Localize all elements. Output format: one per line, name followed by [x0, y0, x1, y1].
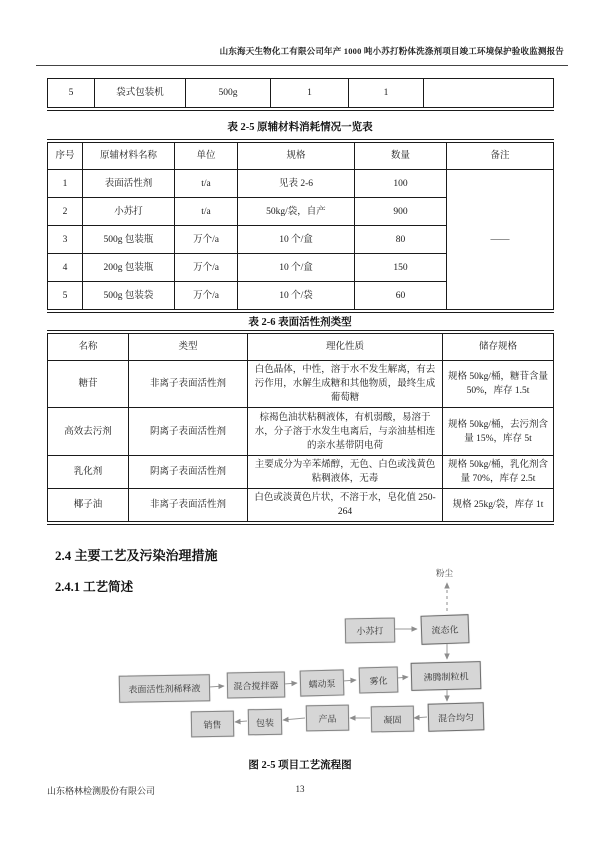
column-header: 序号 [48, 141, 83, 170]
table-cell: 500g 包装瓶 [83, 226, 175, 254]
table-cell: 5 [48, 282, 83, 312]
column-header: 规格 [238, 141, 355, 170]
flow-node-liutaihua: 流态化 [421, 614, 470, 645]
flow-node-xishiye: 表面活性剂稀释液 [119, 674, 210, 703]
table-cell: 阴离子表面活性剂 [129, 456, 248, 489]
table-row: 乳化剂 阴离子表面活性剂 主要成分为辛苯烯醇，无色、白色或浅黄色粘稠液体，无毒 … [48, 456, 554, 489]
table-cell: 非离子表面活性剂 [129, 361, 248, 408]
table-cell: 糖苷 [48, 361, 129, 408]
table-row: 高效去污剂 阴离子表面活性剂 棕褐色油状粘稠液体，有机弱酸，易溶于水，分子溶于水… [48, 408, 554, 456]
page-header-title: 山东海天生物化工有限公司年产 1000 吨小苏打粉体洗涤剂项目竣工环境保护验收监… [47, 45, 564, 57]
flow-arrows [0, 565, 600, 755]
arrow-jiaobanqi-rudongbeng [284, 683, 297, 684]
table-cell: 白色晶体，中性，溶于水不发生解离，有去污作用，水解生成糖和其他物质，最终生成葡萄… [248, 361, 443, 408]
table-header-row: 序号 原辅材料名称 单位 规格 数量 备注 [48, 141, 554, 170]
table-cell: 100 [355, 170, 447, 198]
table-cell: 50kg/袋，自产 [238, 198, 355, 226]
table-cell: 乳化剂 [48, 456, 129, 489]
column-header: 原辅材料名称 [83, 141, 175, 170]
column-header: 储存规格 [443, 332, 554, 361]
table-2-6-surfactants: 名称 类型 理化性质 储存规格 糖苷 非离子表面活性剂 白色晶体，中性，溶于水不… [47, 330, 554, 525]
table-cell: 万个/a [175, 226, 238, 254]
table-cell: 见表 2-6 [238, 170, 355, 198]
table-cell: 棕褐色油状粘稠液体，有机弱酸，易溶于水，分子溶于水发生电离后，与亲油基相连的亲水… [248, 408, 443, 456]
arrow-wuhua-feiteng [397, 677, 408, 678]
table-cell: 万个/a [175, 254, 238, 282]
flow-node-ninggu: 凝固 [371, 706, 414, 733]
table-row: 椰子油 非离子表面活性剂 白色或淡黄色片状，不溶于水，皂化值 250-264 规… [48, 489, 554, 524]
flow-node-jiaobanqi: 混合搅拌器 [227, 671, 285, 698]
table-cell: 规格 50kg/桶，去污剂含量 15%，库存 5t [443, 408, 554, 456]
table-cell: 主要成分为辛苯烯醇，无色、白色或浅黄色粘稠液体，无毒 [248, 456, 443, 489]
column-header: 备注 [447, 141, 554, 170]
table-cell: 1 [48, 170, 83, 198]
table-cell: 5 [48, 79, 95, 110]
table-cell: 10 个/袋 [238, 282, 355, 312]
equipment-table-continuation: 5 袋式包装机 500g 1 1 [47, 78, 554, 111]
section-heading-2-4: 2.4 主要工艺及污染治理措施 [55, 545, 553, 564]
table-cell: 60 [355, 282, 447, 312]
column-header: 类型 [129, 332, 248, 361]
table-cell: 规格 25kg/袋，库存 1t [443, 489, 554, 524]
process-flow-diagram: 粉尘 小苏打 流态化 表面活性剂稀释液 混合搅拌器 蠕动泵 雾化 沸腾制粒机 混… [0, 565, 600, 755]
table-cell: t/a [175, 198, 238, 226]
document-page: 山东海天生物化工有限公司年产 1000 吨小苏打粉体洗涤剂项目竣工环境保护验收监… [0, 0, 600, 848]
arrow-chanpin-baozhuang [283, 718, 305, 720]
header-divider [36, 65, 568, 66]
table-cell: 10 个/盒 [238, 254, 355, 282]
dust-emission-label: 粉尘 [436, 567, 453, 579]
table-cell: 500g 包装袋 [83, 282, 175, 312]
column-header: 单位 [175, 141, 238, 170]
flow-node-xiaoshou: 销售 [191, 711, 234, 738]
flow-node-baozhuang: 包装 [248, 709, 282, 736]
table-2-6-title: 表 2-6 表面活性剂类型 [47, 314, 553, 329]
table-cell: 900 [355, 198, 447, 226]
arrow-baozhuang-xiaoshou [235, 721, 247, 722]
table-2-5-title: 表 2-5 原辅材料消耗情况一览表 [47, 119, 553, 134]
table-cell: 非离子表面活性剂 [129, 489, 248, 524]
table-cell: 规格 50kg/桶，糖苷含量 50%，库存 1.5t [443, 361, 554, 408]
table-cell: 袋式包装机 [95, 79, 186, 110]
table-cell: 万个/a [175, 282, 238, 312]
table-cell: 80 [355, 226, 447, 254]
table-header-row: 名称 类型 理化性质 储存规格 [48, 332, 554, 361]
table-cell: 1 [349, 79, 424, 110]
table-row: 1 表面活性剂 t/a 见表 2-6 100 —— [48, 170, 554, 198]
table-cell: 10 个/盒 [238, 226, 355, 254]
figure-2-5-caption: 图 2-5 项目工艺流程图 [0, 757, 600, 772]
table-cell: 200g 包装瓶 [83, 254, 175, 282]
column-header: 数量 [355, 141, 447, 170]
arrow-rudongbeng-wuhua [343, 680, 356, 681]
table-cell: 2 [48, 198, 83, 226]
flow-node-rudongbeng: 蠕动泵 [300, 669, 345, 696]
table-row: 5 袋式包装机 500g 1 1 [48, 79, 554, 110]
table-cell: 1 [271, 79, 349, 110]
table-cell: 椰子油 [48, 489, 129, 524]
table-cell: 阴离子表面活性剂 [129, 408, 248, 456]
table-cell: 表面活性剂 [83, 170, 175, 198]
table-cell [424, 79, 554, 110]
table-cell: 4 [48, 254, 83, 282]
table-cell: 500g [186, 79, 271, 110]
table-2-5-materials: 序号 原辅材料名称 单位 规格 数量 备注 1 表面活性剂 t/a 见表 2-6… [47, 139, 554, 313]
table-cell: 150 [355, 254, 447, 282]
footer-page-number: 13 [47, 784, 553, 794]
page-content: 5 袋式包装机 500g 1 1 表 2-5 原辅材料消耗情况一览表 序号 原辅… [47, 78, 553, 595]
column-header: 名称 [48, 332, 129, 361]
table-cell: 小苏打 [83, 198, 175, 226]
flow-node-hunhejunyun: 混合均匀 [428, 702, 485, 731]
table-cell: t/a [175, 170, 238, 198]
table-cell: 3 [48, 226, 83, 254]
table-cell: 高效去污剂 [48, 408, 129, 456]
table-cell-remark-merged: —— [447, 170, 554, 312]
flow-node-xiaosuda: 小苏打 [345, 618, 395, 644]
table-row: 糖苷 非离子表面活性剂 白色晶体，中性，溶于水不发生解离，有去污作用，水解生成糖… [48, 361, 554, 408]
table-cell: 规格 50kg/桶，乳化剂含量 70%，库存 2.5t [443, 456, 554, 489]
arrow-hunhejunyun-ninggu [414, 717, 427, 718]
table-cell: 白色或淡黄色片状，不溶于水，皂化值 250-264 [248, 489, 443, 524]
column-header: 理化性质 [248, 332, 443, 361]
arrow-xishiye-jiaobanqi [209, 686, 224, 687]
flow-node-wuhua: 雾化 [359, 666, 399, 693]
flow-node-chanpin: 产品 [306, 705, 349, 732]
flow-node-feiteng: 沸腾制粒机 [411, 661, 482, 691]
